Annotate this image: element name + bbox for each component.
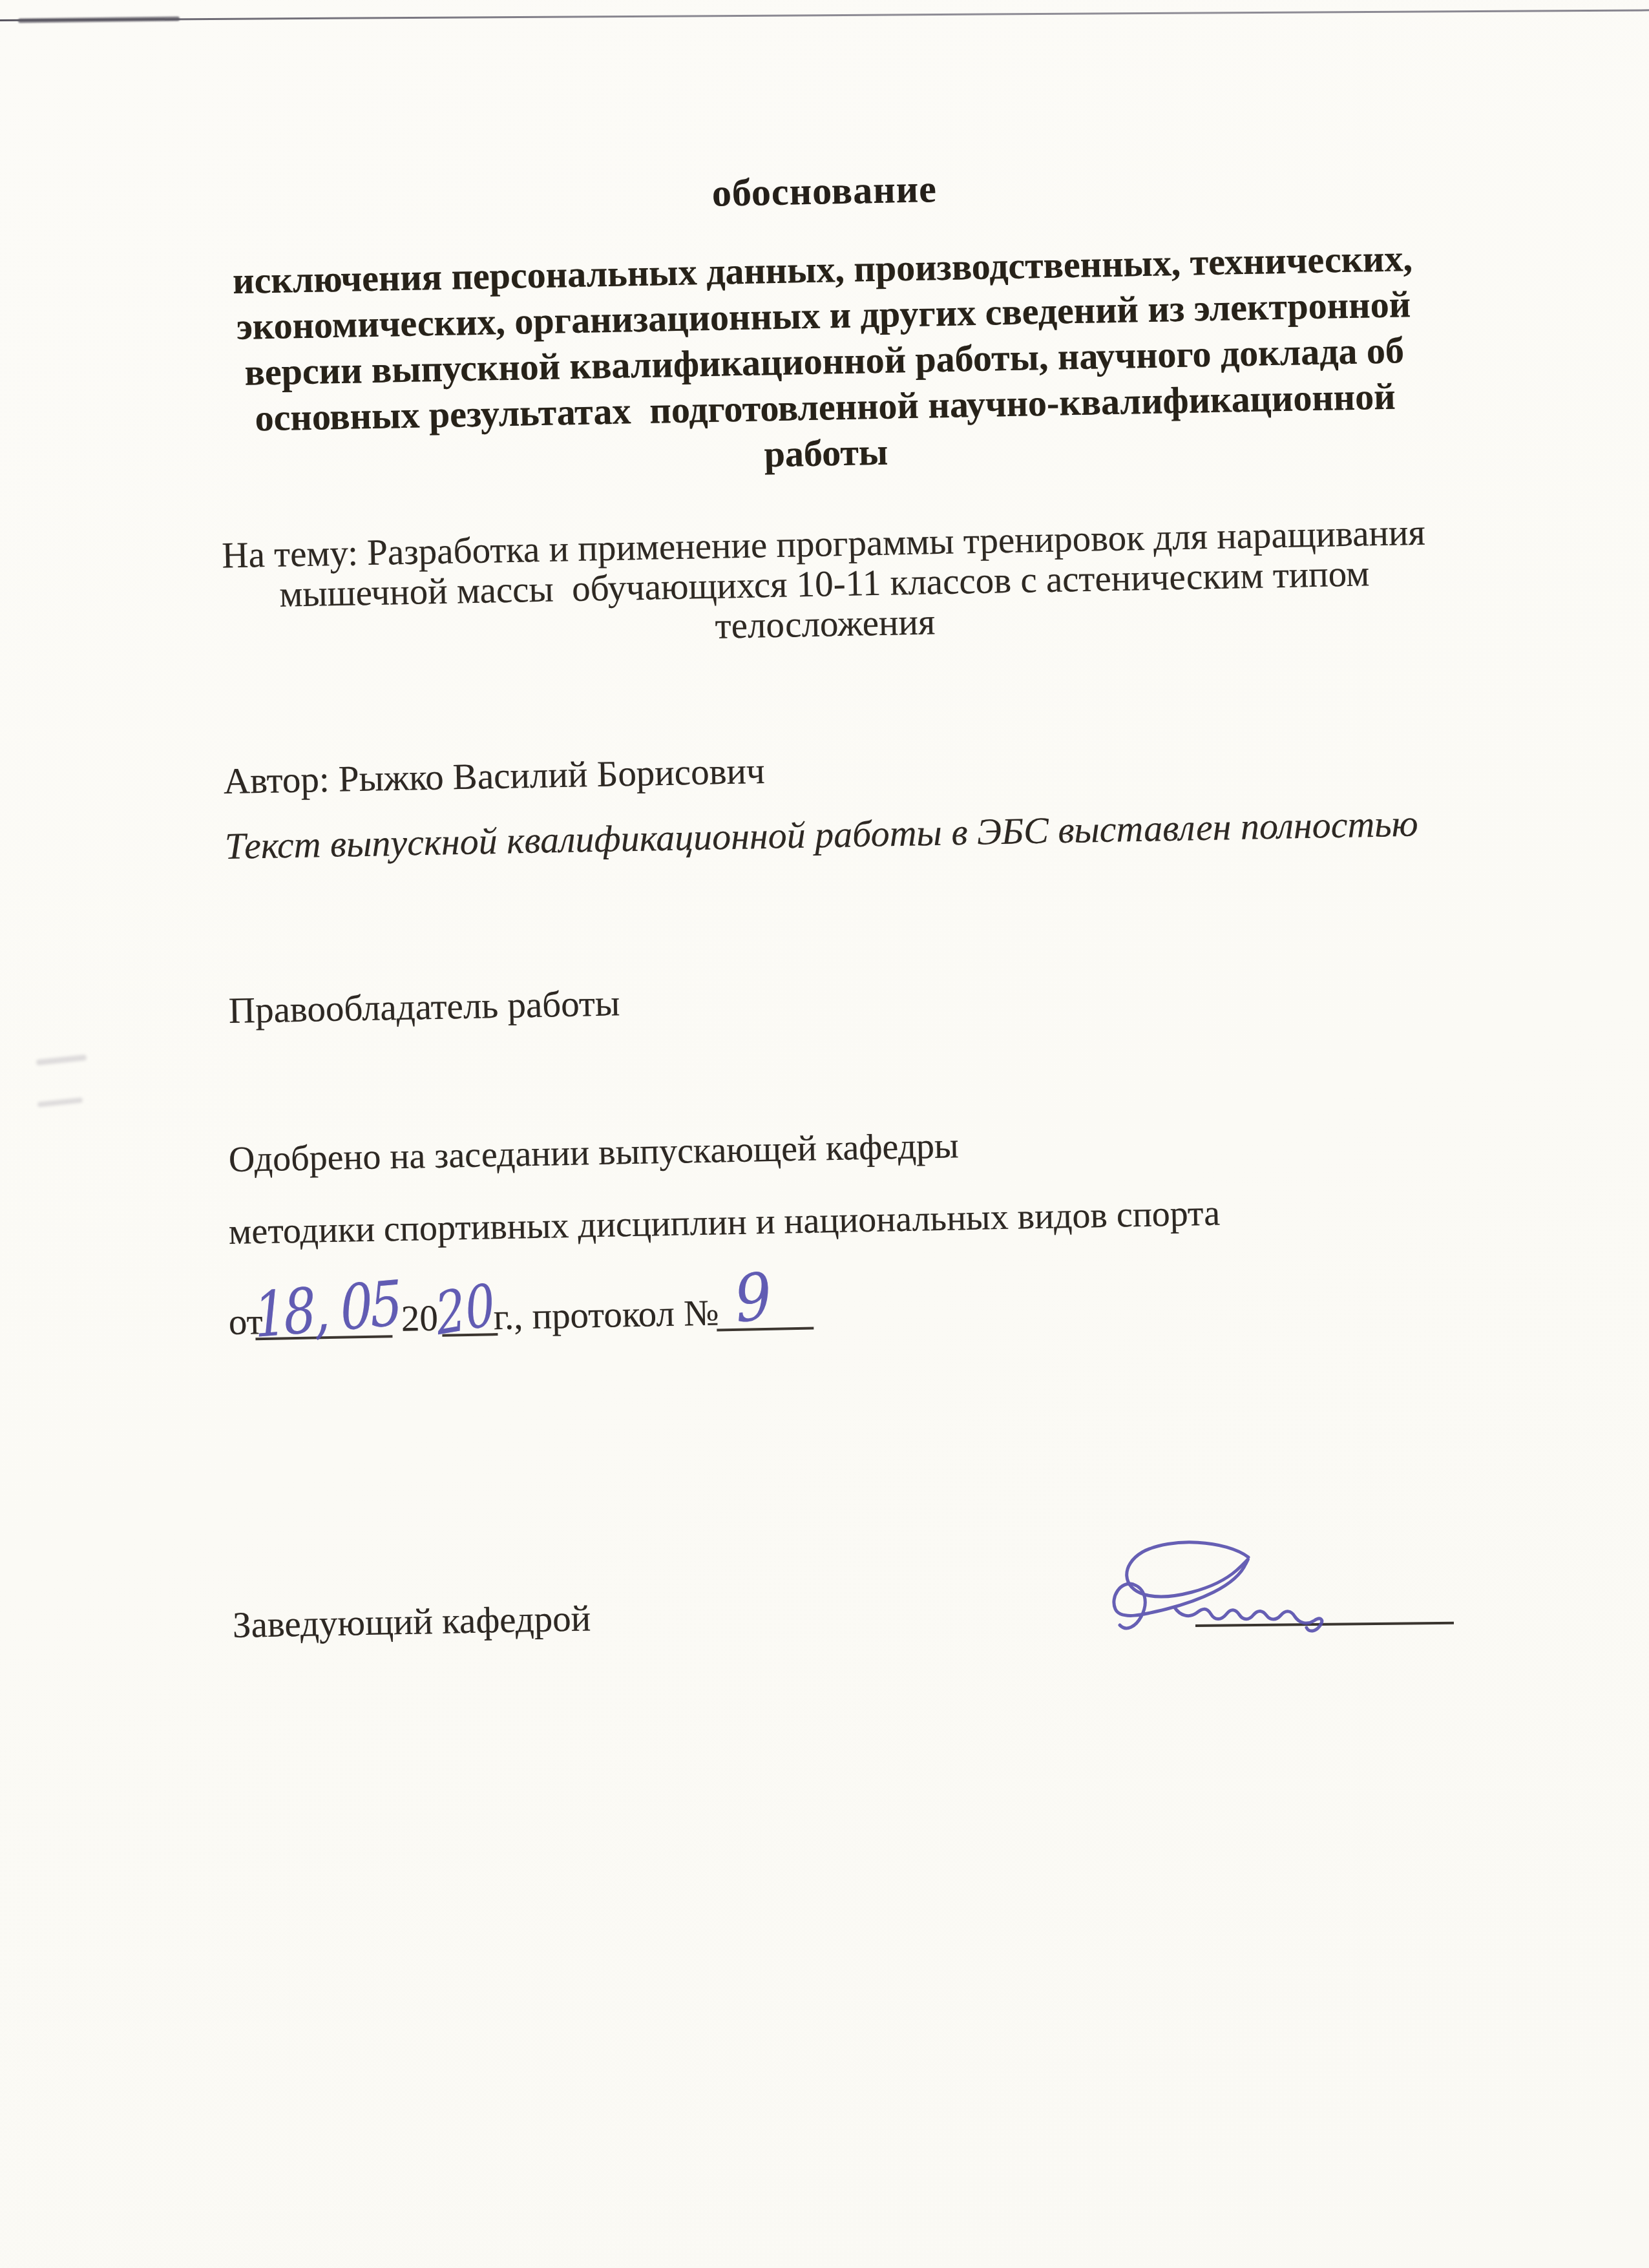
department-line: методики спортивных дисциплин и национал… bbox=[228, 1195, 1220, 1250]
signature-ink bbox=[1098, 1537, 1357, 1650]
scanned-page: обоснование исключения персональных данн… bbox=[0, 0, 1649, 2268]
document-title: обоснование bbox=[0, 156, 1649, 226]
rights-holder-label: Правообладатель работы bbox=[228, 985, 620, 1029]
scanner-edge-artifact bbox=[0, 9, 1649, 21]
protocol-suffix: г., протокол № bbox=[493, 1292, 719, 1338]
pencil-smudge-artifact bbox=[37, 1097, 83, 1107]
approval-line: Одобрено на заседании выпускающей кафедр… bbox=[228, 1128, 959, 1178]
printed-year-prefix: 20 bbox=[401, 1298, 438, 1339]
ebs-availability-note: Текст выпускной квалификационной работы … bbox=[224, 805, 1418, 865]
handwritten-protocol-number: 9 bbox=[732, 1264, 775, 1332]
justification-paragraph: исключения персональных данных, производ… bbox=[0, 231, 1649, 492]
handwritten-date: 18, 05 bbox=[253, 1272, 402, 1347]
handwritten-year: 20 bbox=[433, 1276, 498, 1344]
scanner-edge-artifact-blob bbox=[18, 16, 180, 23]
thesis-subject: На тему: Разработка и применение програм… bbox=[0, 509, 1649, 660]
author-line: Автор: Рыжко Василий Борисович bbox=[223, 753, 765, 800]
pencil-smudge-artifact bbox=[36, 1055, 87, 1066]
head-of-department-label: Заведующий кафедрой bbox=[232, 1600, 591, 1644]
